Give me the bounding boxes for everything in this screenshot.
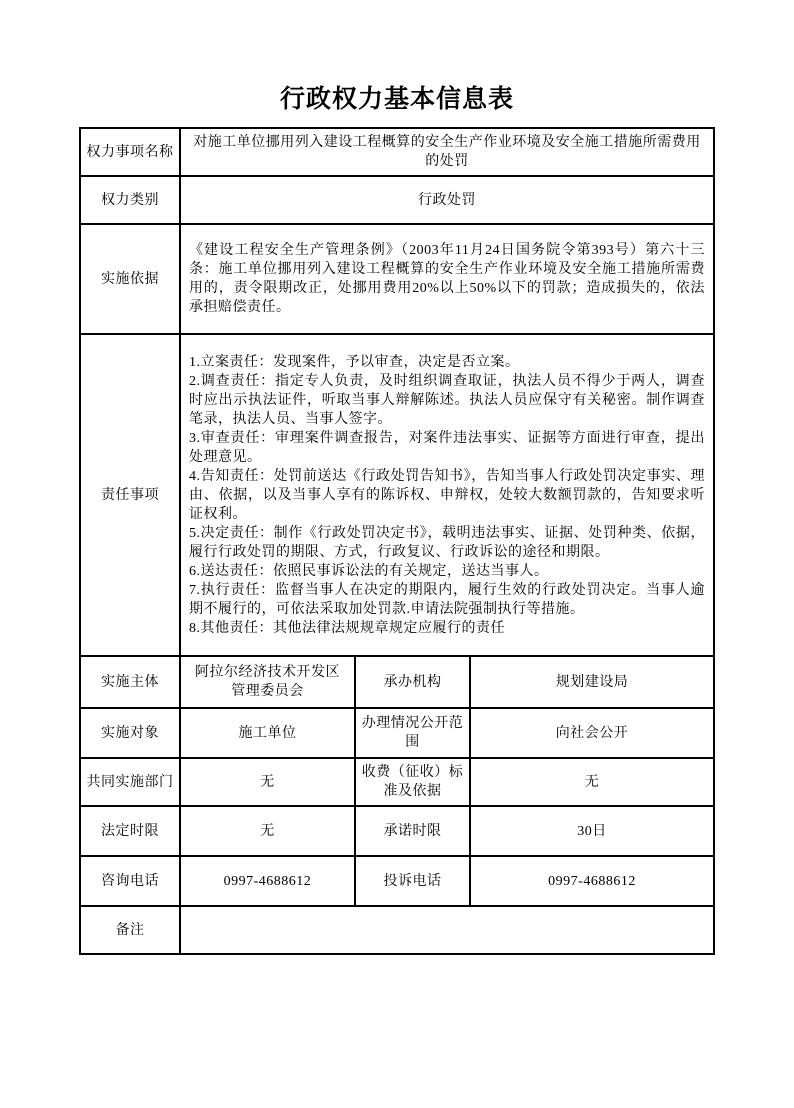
fee-standard-value: 无 xyxy=(470,758,714,806)
subject-value: 阿拉尔经济技术开发区管理委员会 xyxy=(180,656,355,708)
info-table: 权力事项名称 对施工单位挪用列入建设工程概算的安全生产作业环境及安全施工措施所需… xyxy=(79,127,715,955)
table-row: 咨询电话 0997-4688612 投诉电话 0997-4688612 xyxy=(80,856,714,906)
table-row: 实施主体 阿拉尔经济技术开发区管理委员会 承办机构 规划建设局 xyxy=(80,656,714,708)
duty-item: 2.调查责任：指定专人负责，及时组织调查取证，执法人员不得少于两人，调查时应出示… xyxy=(189,372,705,429)
page-title: 行政权力基本信息表 xyxy=(0,0,794,113)
duty-item: 8.其他责任：其他法律法规规章规定应履行的责任 xyxy=(189,619,705,638)
complaint-phone-label: 投诉电话 xyxy=(355,856,470,906)
duty-item: 3.审查责任：审理案件调查报告，对案件违法事实、证据等方面进行审查，提出处理意见… xyxy=(189,429,705,467)
duty-item: 1.立案责任：发现案件，予以审查，决定是否立案。 xyxy=(189,353,705,372)
table-row: 实施依据 《建设工程安全生产管理条例》（2003年11月24日国务院令第393号… xyxy=(80,224,714,334)
agency-label: 承办机构 xyxy=(355,656,470,708)
joint-dept-value: 无 xyxy=(180,758,355,806)
complaint-phone-value: 0997-4688612 xyxy=(470,856,714,906)
subject-label: 实施主体 xyxy=(80,656,180,708)
table-row: 责任事项 1.立案责任：发现案件，予以审查，决定是否立案。 2.调查责任：指定专… xyxy=(80,334,714,656)
promise-limit-label: 承诺时限 xyxy=(355,806,470,856)
power-name-value: 对施工单位挪用列入建设工程概算的安全生产作业环境及安全施工措施所需费用的处罚 xyxy=(180,128,714,176)
duty-item: 5.决定责任：制作《行政处罚决定书》，载明违法事实、证据、处罚种类、依据，履行行… xyxy=(189,524,705,562)
consult-phone-label: 咨询电话 xyxy=(80,856,180,906)
table-row: 法定时限 无 承诺时限 30日 xyxy=(80,806,714,856)
target-label: 实施对象 xyxy=(80,708,180,758)
duties-label: 责任事项 xyxy=(80,334,180,656)
basis-label: 实施依据 xyxy=(80,224,180,334)
disclosure-scope-label: 办理情况公开范围 xyxy=(355,708,470,758)
legal-limit-label: 法定时限 xyxy=(80,806,180,856)
power-name-label: 权力事项名称 xyxy=(80,128,180,176)
duties-list: 1.立案责任：发现案件，予以审查，决定是否立案。 2.调查责任：指定专人负责，及… xyxy=(180,334,714,656)
table-row: 实施对象 施工单位 办理情况公开范围 向社会公开 xyxy=(80,708,714,758)
table-row: 权力事项名称 对施工单位挪用列入建设工程概算的安全生产作业环境及安全施工措施所需… xyxy=(80,128,714,176)
duty-item: 6.送达责任：依照民事诉讼法的有关规定，送达当事人。 xyxy=(189,562,705,581)
duty-item: 4.告知责任：处罚前送达《行政处罚告知书》，告知当事人行政处罚决定事实、理由、依… xyxy=(189,467,705,524)
power-type-label: 权力类别 xyxy=(80,176,180,224)
remarks-value xyxy=(180,906,714,954)
table-row: 备注 xyxy=(80,906,714,954)
joint-dept-label: 共同实施部门 xyxy=(80,758,180,806)
basis-value: 《建设工程安全生产管理条例》（2003年11月24日国务院令第393号）第六十三… xyxy=(180,224,714,334)
consult-phone-value: 0997-4688612 xyxy=(180,856,355,906)
legal-limit-value: 无 xyxy=(180,806,355,856)
target-value: 施工单位 xyxy=(180,708,355,758)
table-row: 共同实施部门 无 收费（征收）标准及依据 无 xyxy=(80,758,714,806)
disclosure-scope-value: 向社会公开 xyxy=(470,708,714,758)
power-type-value: 行政处罚 xyxy=(180,176,714,224)
duty-item: 7.执行责任：监督当事人在决定的期限内，履行生效的行政处罚决定。当事人逾期不履行… xyxy=(189,581,705,619)
fee-standard-label: 收费（征收）标准及依据 xyxy=(355,758,470,806)
remarks-label: 备注 xyxy=(80,906,180,954)
promise-limit-value: 30日 xyxy=(470,806,714,856)
agency-value: 规划建设局 xyxy=(470,656,714,708)
table-row: 权力类别 行政处罚 xyxy=(80,176,714,224)
